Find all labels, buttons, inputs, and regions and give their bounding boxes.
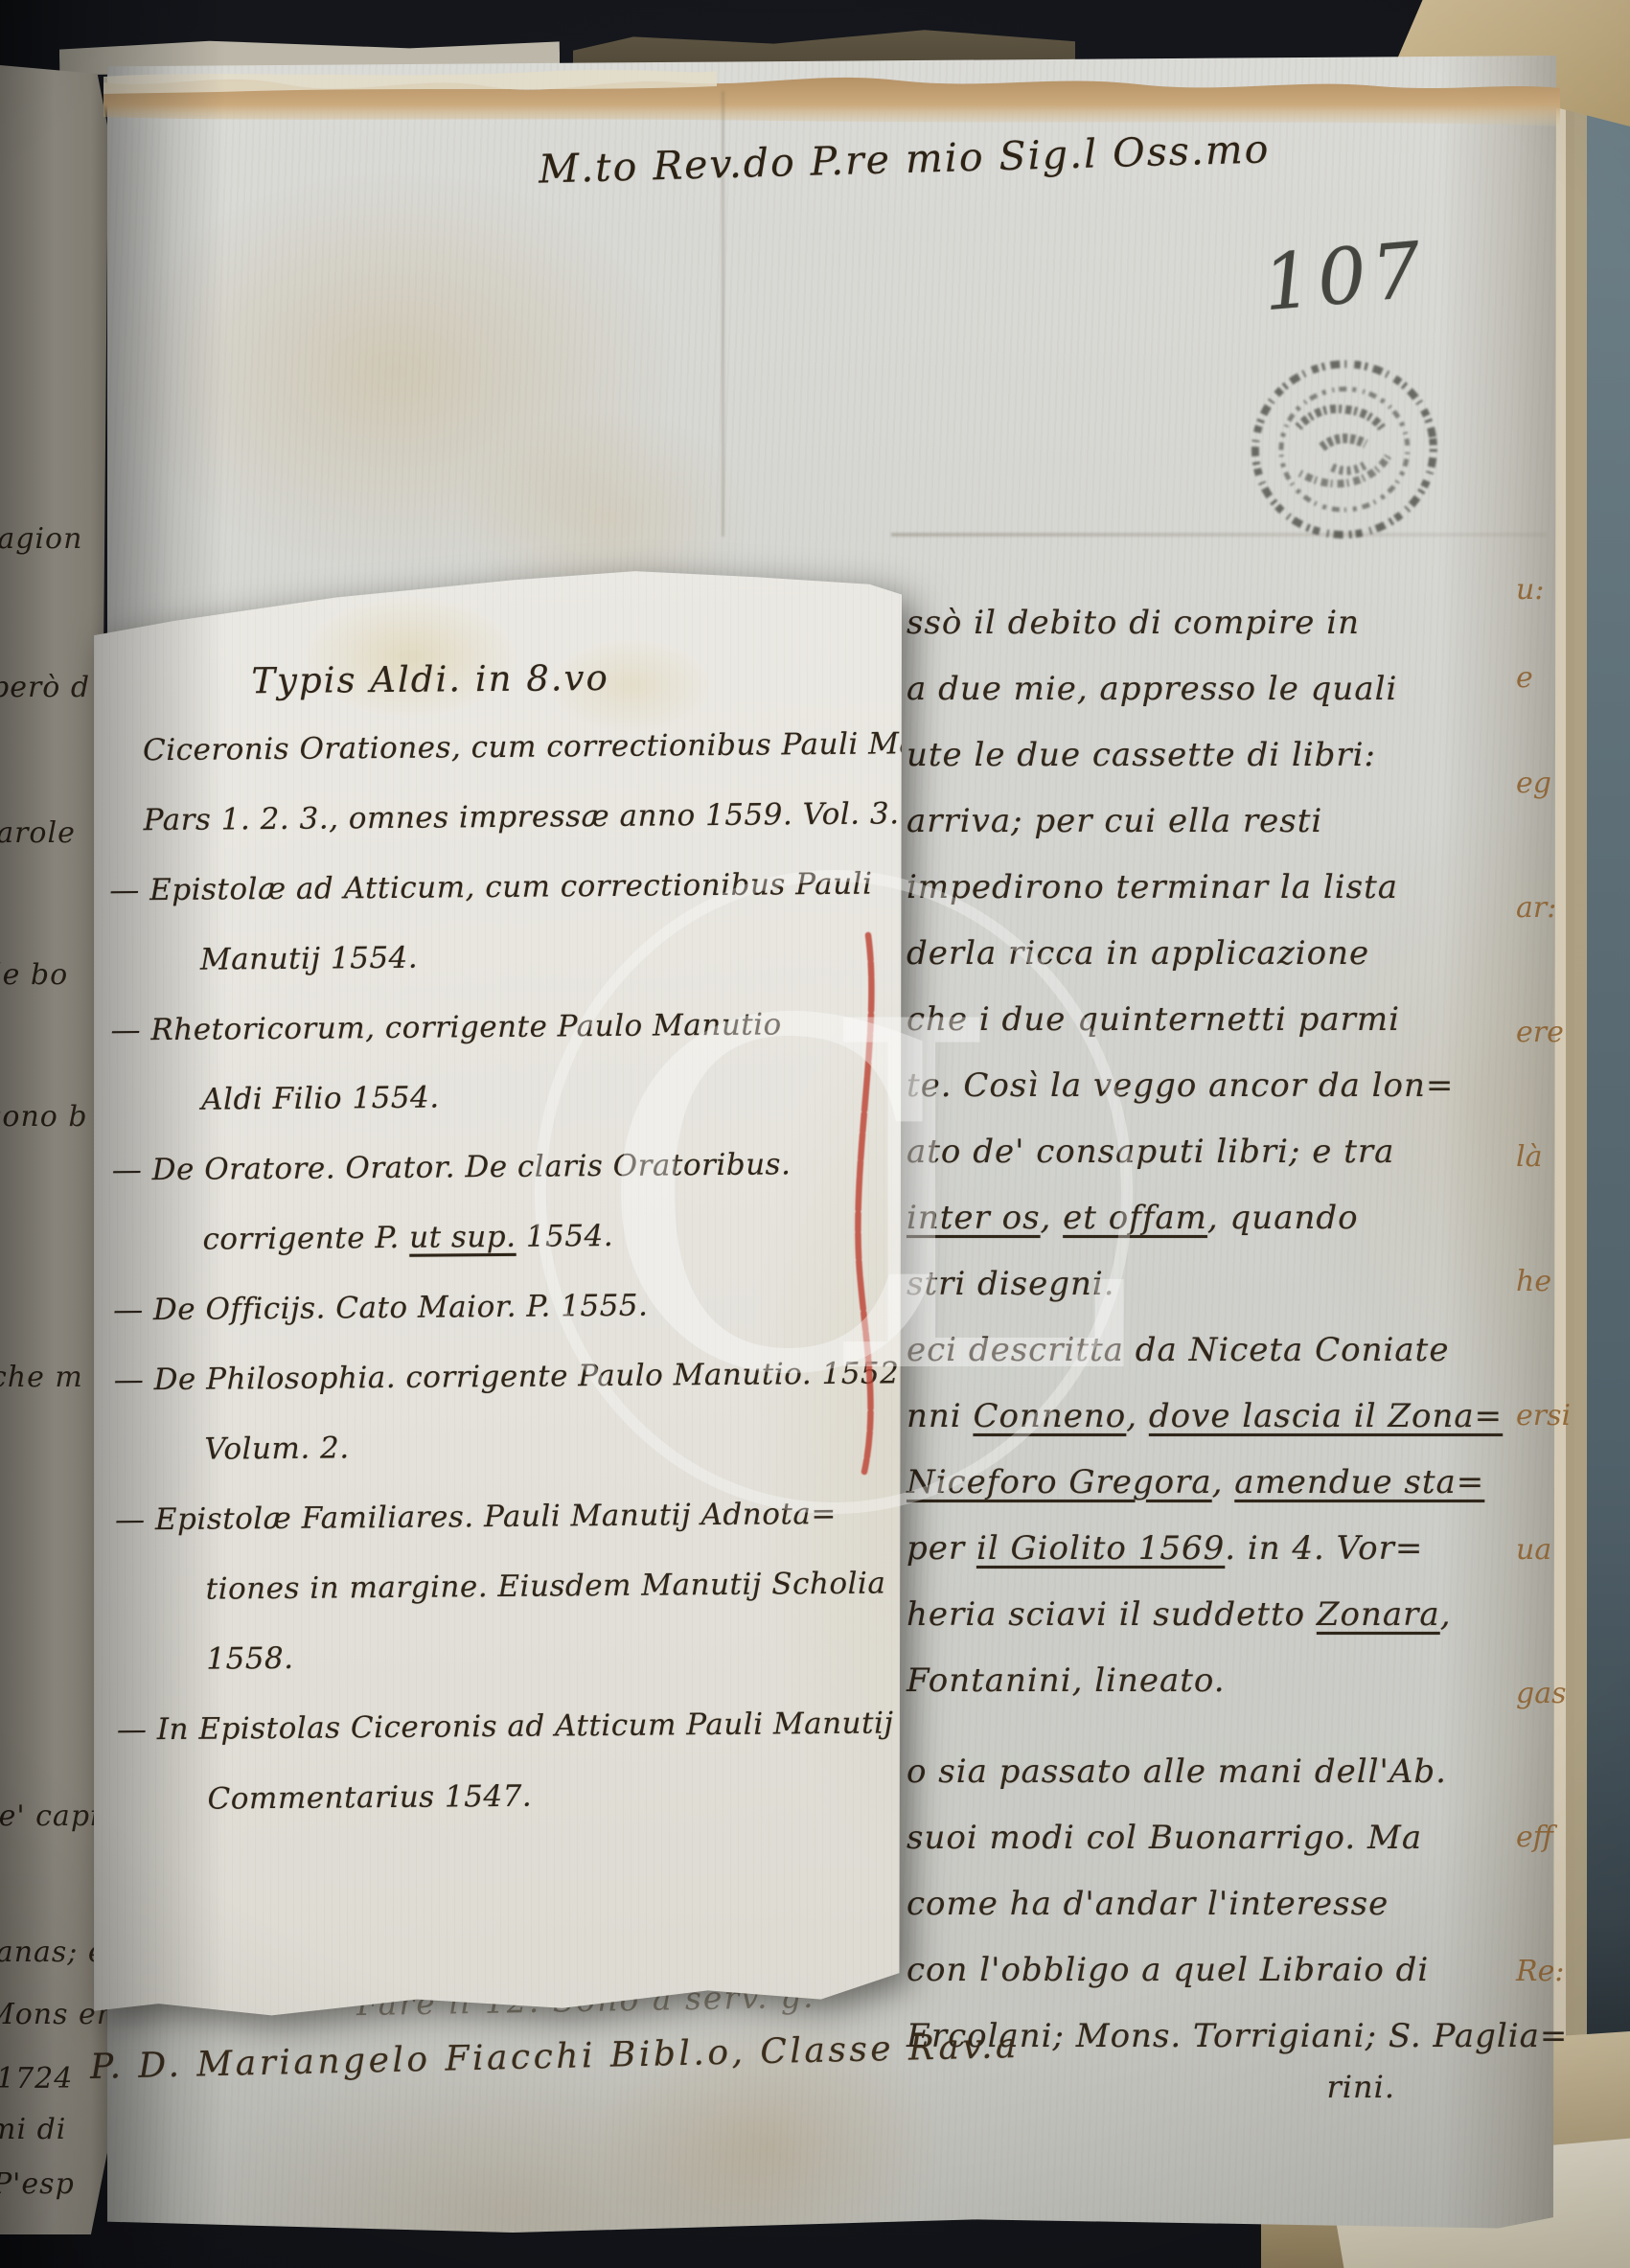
manuscript-line: Pars 1. 2. 3., omnes impressæ anno 1559.…: [108, 780, 873, 857]
manuscript-line: — De Philosophia. corrigente Paulo Manut…: [113, 1340, 878, 1416]
manuscript-line: che m: [0, 1361, 83, 1394]
manuscript-line: corrigente P. ut sup. 1554.: [168, 1200, 877, 1275]
manuscript-line: eg: [1516, 767, 1551, 800]
manuscript-line: Ciceronis Orationes, cum correctionibus …: [108, 710, 873, 787]
manuscript-line: ersi: [1516, 1399, 1571, 1432]
manuscript-line: he: [1516, 1265, 1551, 1298]
torn-top-edge: [103, 44, 1560, 130]
manuscript-line: nni Conneno, dove lascia il Zona=: [907, 1384, 1568, 1450]
folio-page-number: 107: [1259, 225, 1430, 329]
manuscript-line: o sia passato alle mani dell'Ab.: [907, 1739, 1568, 1805]
manuscript-line: Volum. 2.: [170, 1409, 879, 1485]
manuscript-line: te. Così la veggo ancor da lon=: [907, 1053, 1568, 1119]
manuscript-line: — Epistolæ ad Atticum, cum correctionibu…: [109, 850, 874, 927]
red-pencil-mark: [832, 918, 918, 1502]
manuscript-line: derla ricca in applicazione: [907, 921, 1568, 987]
manuscript-line: tiones in margine. Eiusdem Manutij Schol…: [171, 1549, 880, 1625]
manuscript-line: stri disegni.: [907, 1251, 1568, 1317]
list-sheet-paper: Typis Aldi. in 8.vo Ciceronis Orationes,…: [94, 565, 902, 2026]
manuscript-line: 1558.: [172, 1619, 881, 1695]
manuscript-line: suoi modi col Buonarrigo. Ma: [907, 1805, 1568, 1871]
manuscript-line: Mons en: [0, 1998, 108, 2031]
manuscript-line: là: [1516, 1140, 1542, 1174]
manuscript-line: eci descritta da Niceta Coniate: [907, 1317, 1568, 1384]
manuscript-line: ute le due cassette di libri:: [907, 722, 1568, 789]
manuscript-line: P'esp: [0, 2167, 75, 2201]
manuscript-line: ssò il debito di compire in: [907, 590, 1568, 656]
manuscript-line: che i due quinternetti parmi: [907, 987, 1568, 1053]
letter-hyphen-carry: rini.: [907, 2058, 1568, 2116]
manuscript-line: heria sciavi il suddetto Zonara,: [907, 1582, 1568, 1648]
inserted-list-sheet: Typis Aldi. in 8.vo Ciceronis Orationes,…: [94, 565, 902, 2026]
manuscript-line: come ha d'andar l'interesse: [907, 1871, 1568, 1937]
manuscript-line: ua: [1516, 1533, 1551, 1567]
manuscript-line: — De Oratore. Orator. De claris Oratorib…: [112, 1130, 877, 1206]
right-edge-fragments: u:eegar:erelàheersiuagaseffRe:: [1497, 0, 1593, 2165]
manuscript-line: Aldi Filio 1554.: [167, 1060, 876, 1135]
manuscript-line: canas; è: [0, 1936, 106, 1969]
manuscript-line: ato de' consaputi libri; e tra: [907, 1119, 1568, 1185]
manuscript-line: gas: [1516, 1677, 1567, 1710]
list-title: Typis Aldi. in 8.vo: [251, 643, 872, 716]
manuscript-line: u:: [1516, 573, 1544, 607]
left-page-sliver: ragionperò dparolele bosono bche mle' ca…: [0, 65, 108, 2234]
manuscript-line: parole: [0, 816, 76, 850]
manuscript-line: mi di: [0, 2113, 66, 2146]
manuscript-line: le bo: [0, 958, 68, 992]
fold-crease: [891, 533, 1547, 537]
manuscript-line: impedirono terminar la lista: [907, 855, 1568, 921]
manuscript-line: ragion: [0, 522, 82, 556]
letter-body-text: ssò il debito di compire ina due mie, ap…: [907, 590, 1568, 2070]
manuscript-line: eff: [1516, 1821, 1553, 1854]
manuscript-line: le' capi g: [0, 1799, 108, 1833]
manuscript-line: per il Giolito 1569. in 4. Vor=: [907, 1516, 1568, 1582]
manuscript-line: Commentarius 1547.: [172, 1759, 882, 1835]
manuscript-line: e: [1516, 661, 1533, 695]
manuscript-line: Manutij 1554.: [166, 920, 875, 996]
manuscript-line: inter os, et offam, quando: [907, 1185, 1568, 1251]
manuscript-line: con l'obbligo a quel Libraio di: [907, 1937, 1568, 2004]
manuscript-line: arriva; per cui ella resti: [907, 789, 1568, 855]
manuscript-line: Re:: [1516, 1955, 1564, 1988]
manuscript-line: Fontanini, lineato.: [907, 1648, 1568, 1714]
manuscript-line: sono b: [0, 1100, 88, 1134]
manuscript-line: però d: [0, 671, 90, 704]
manuscript-line: ere: [1516, 1016, 1564, 1049]
manuscript-photo: ragionperò dparolele bosono bche mle' ca…: [0, 0, 1630, 2268]
manuscript-line: Niceforo Gregora, amendue sta=: [907, 1450, 1568, 1516]
manuscript-line: 1724: [0, 2062, 73, 2096]
manuscript-line: ar:: [1516, 891, 1556, 925]
manuscript-line: — De Officijs. Cato Maior. P. 1555.: [113, 1270, 878, 1346]
library-stamp-icon: [1242, 353, 1448, 549]
manuscript-line: — Rhetoricorum, corrigente Paulo Manutio: [110, 990, 875, 1066]
manuscript-line: — In Epistolas Ciceronis ad Atticum Paul…: [117, 1689, 882, 1766]
manuscript-line: a due mie, appresso le quali: [907, 656, 1568, 722]
list-entries: Ciceronis Orationes, cum correctionibus …: [108, 710, 882, 1836]
manuscript-line: — Epistolæ Familiares. Pauli Manutij Adn…: [115, 1479, 880, 1556]
